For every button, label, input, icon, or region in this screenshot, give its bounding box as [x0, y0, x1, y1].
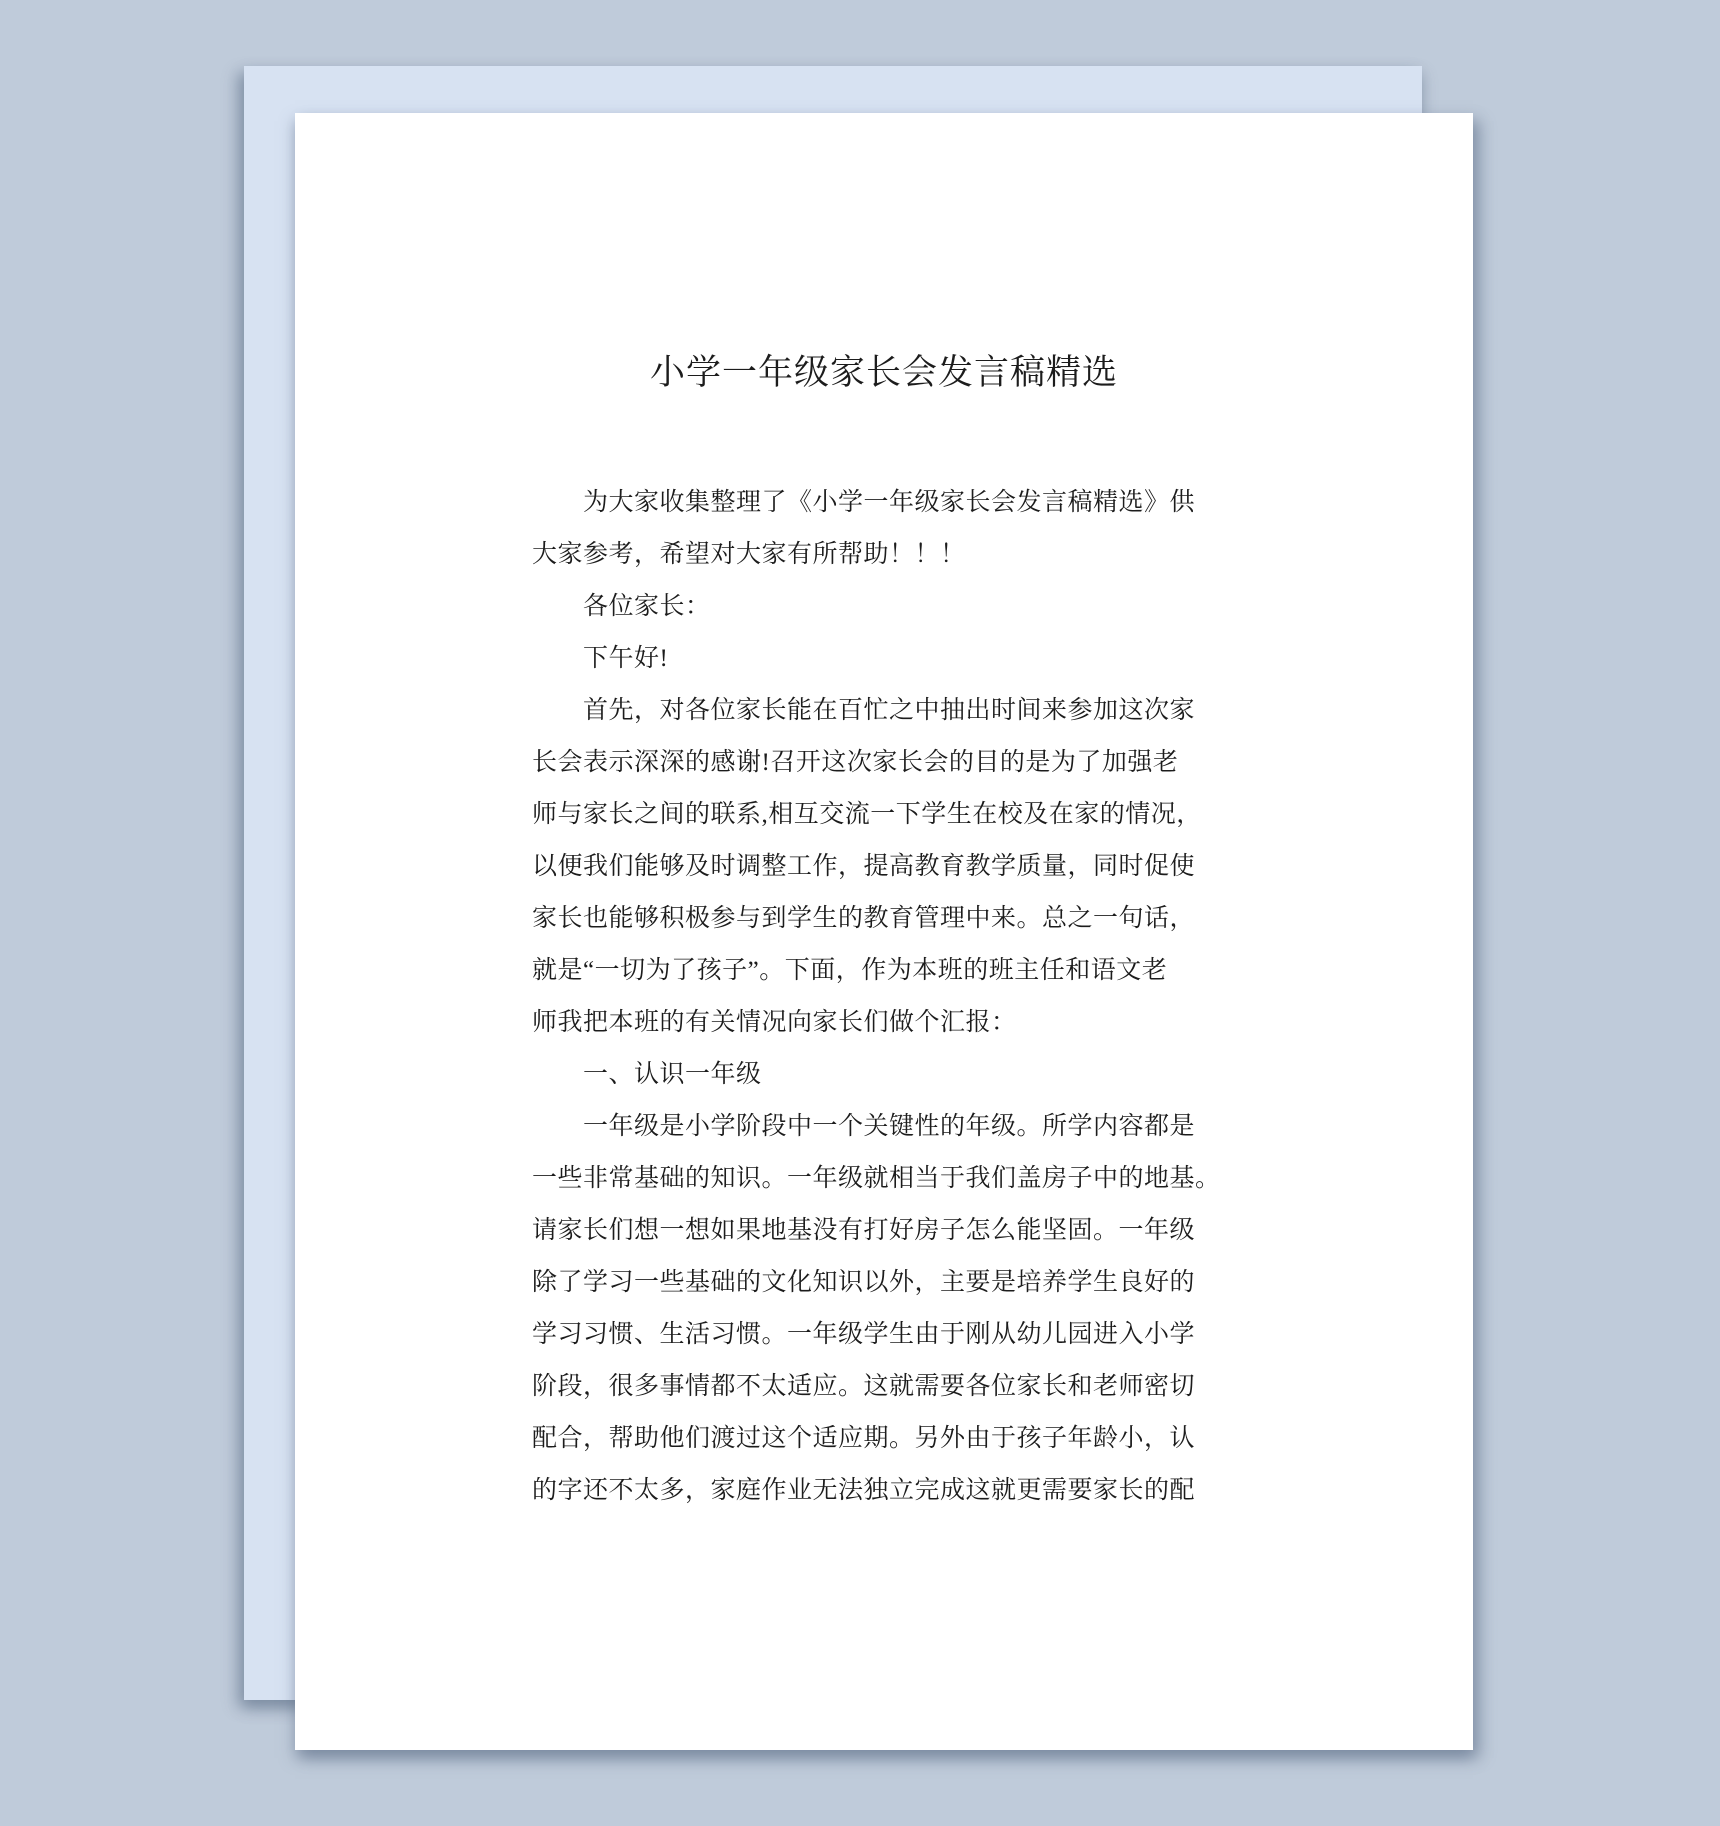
- document-line: 配合，帮助他们渡过这个适应期。另外由于孩子年龄小，认: [532, 1413, 1236, 1465]
- document-line: 就是“一切为了孩子”。下面，作为本班的班主任和语文老: [532, 945, 1236, 997]
- document-line: 长会表示深深的感谢!召开这次家长会的目的是为了加强老: [532, 737, 1236, 789]
- document-line: 的字还不太多，家庭作业无法独立完成这就更需要家长的配: [532, 1465, 1236, 1517]
- document-body: 为大家收集整理了《小学一年级家长会发言稿精选》供大家参考，希望对大家有所帮助！！…: [532, 477, 1236, 1517]
- document-line: 一些非常基础的知识。一年级就相当于我们盖房子中的地基。: [532, 1153, 1236, 1205]
- document-line: 下午好!: [532, 633, 1236, 685]
- document-line: 师我把本班的有关情况向家长们做个汇报：: [532, 997, 1236, 1049]
- document-line: 一、认识一年级: [532, 1049, 1236, 1101]
- document-line: 各位家长：: [532, 581, 1236, 633]
- document-line: 大家参考，希望对大家有所帮助！！！: [532, 529, 1236, 581]
- document-line: 家长也能够积极参与到学生的教育管理中来。总之一句话，: [532, 893, 1236, 945]
- front-page-sheet: 小学一年级家长会发言稿精选 为大家收集整理了《小学一年级家长会发言稿精选》供大家…: [295, 113, 1473, 1750]
- document-preview: { "document": { "title": "小学一年级家长会发言稿精选"…: [0, 0, 1720, 1826]
- document-line: 除了学习一些基础的文化知识以外，主要是培养学生良好的: [532, 1257, 1236, 1309]
- document-line: 以便我们能够及时调整工作，提高教育教学质量，同时促使: [532, 841, 1236, 893]
- document-line: 学习习惯、生活习惯。一年级学生由于刚从幼儿园进入小学: [532, 1309, 1236, 1361]
- document-line: 为大家收集整理了《小学一年级家长会发言稿精选》供: [532, 477, 1236, 529]
- document-line: 师与家长之间的联系,相互交流一下学生在校及在家的情况，: [532, 789, 1236, 841]
- document-title: 小学一年级家长会发言稿精选: [295, 343, 1473, 403]
- document-line: 请家长们想一想如果地基没有打好房子怎么能坚固。一年级: [532, 1205, 1236, 1257]
- document-line: 一年级是小学阶段中一个关键性的年级。所学内容都是: [532, 1101, 1236, 1153]
- document-line: 阶段，很多事情都不太适应。这就需要各位家长和老师密切: [532, 1361, 1236, 1413]
- document-line: 首先，对各位家长能在百忙之中抽出时间来参加这次家: [532, 685, 1236, 737]
